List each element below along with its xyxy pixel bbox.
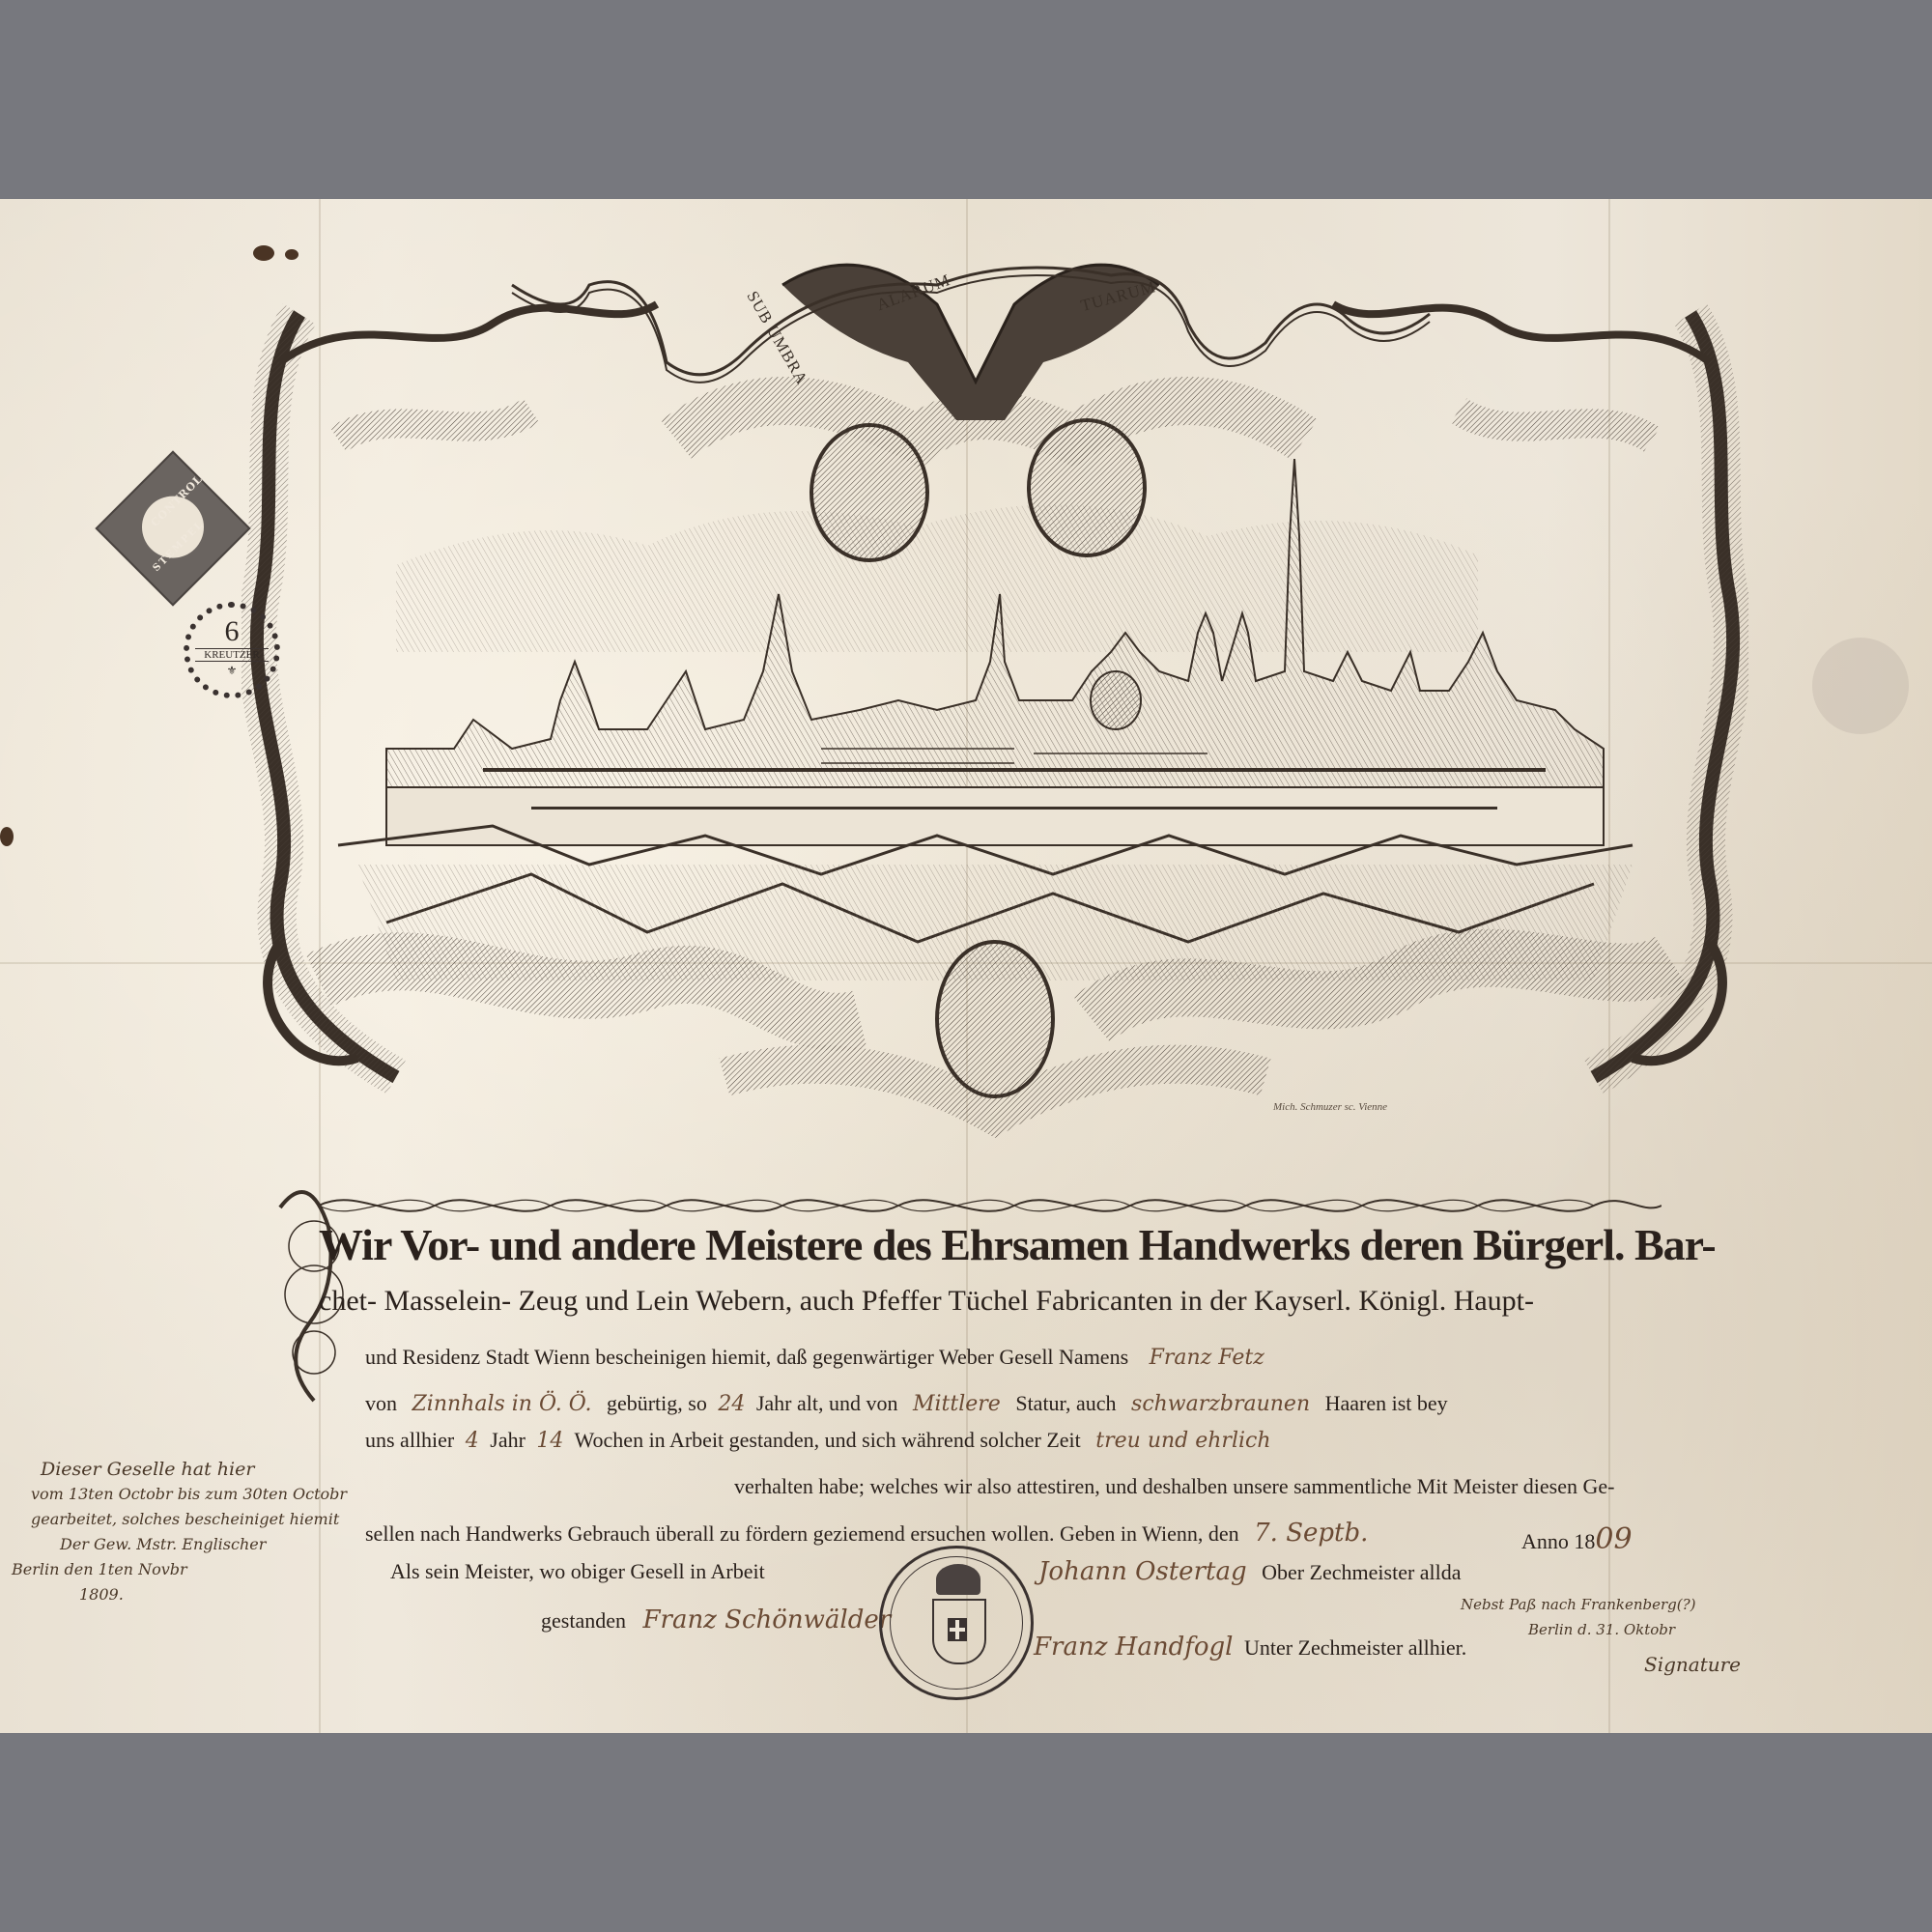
body-line-7: sellen nach Handwerks Gebrauch überall z… [365,1519,1368,1548]
tax-stamp-unit: KREUTZER [195,648,269,662]
hair-color: schwarzbraunen [1131,1392,1310,1416]
text-wochen: Wochen in Arbeit gestanden, und sich wäh… [575,1428,1081,1452]
left-note-line: 1809. [79,1582,347,1607]
kreutzer-tax-stamp: 6 KREUTZER ⚜ [184,602,280,698]
text-geburtig: gebürtig, so [607,1391,707,1415]
cross-icon [948,1618,967,1641]
text-von: von [365,1391,397,1415]
stature: Mittlere [913,1392,1001,1416]
tax-stamp-value: 6 [189,617,274,646]
rococo-frame-and-city-view [241,246,1748,1159]
faded-stamp [1812,638,1909,734]
right-note-line: Berlin d. 31. Oktobr [1528,1617,1741,1642]
journeyman-name: Franz Fetz [1150,1346,1264,1370]
age-years: 24 [718,1392,745,1416]
upper-master-line: Johann Ostertag Ober Zechmeister allda [1038,1557,1462,1586]
text-uns-allhier: uns allhier [365,1428,454,1452]
left-note-line: vom 13ten Octobr bis zum 30ten Octobr [31,1482,347,1507]
left-note-line: Dieser Geselle hat hier [41,1457,347,1482]
engraved-vignette: SUB UMBRA ALARUM TUARUM [241,246,1748,1159]
upper-master-signature: Johann Ostertag [1038,1557,1247,1586]
left-note-line: Berlin den 1ten Novbr [12,1557,347,1582]
text-gestanden: gestanden [541,1608,626,1633]
weeks-worked: 14 [536,1429,563,1453]
master-signature: Franz Schönwälder [642,1605,891,1634]
text-geben-in-wienn: sellen nach Handwerks Gebrauch überall z… [365,1521,1239,1546]
right-note-line: Nebst Paß nach Frankenberg(?) [1461,1592,1741,1617]
right-margin-note: Nebst Paß nach Frankenberg(?) Berlin d. … [1461,1592,1741,1677]
under-master-title: Unter Zechmeister allhier. [1244,1635,1466,1660]
crown-icon [936,1564,980,1595]
body-line-6: verhalten habe; welches wir also attesti… [734,1474,1614,1499]
left-margin-note: Dieser Geselle hat hier vom 13ten Octobr… [12,1457,347,1607]
ink-stain [0,827,14,846]
right-note-signature: Signature [1644,1652,1741,1677]
left-note-line: Der Gew. Mstr. Englischer [60,1532,347,1557]
issue-date: 7. Septb. [1254,1519,1368,1548]
text-haaren: Haaren ist bey [1325,1391,1448,1415]
master-label: Als sein Meister, wo obiger Gesell in Ar… [390,1559,765,1584]
master-label-2: gestanden Franz Schönwälder [541,1605,891,1634]
place-of-origin: Zinnhals in Ö. Ö. [412,1392,592,1416]
certificate-heading-line: Wir Vor- und andere Meistere des Ehrsame… [319,1219,1716,1270]
text-jahr-alt: Jahr alt, und von [756,1391,898,1415]
under-master-line: Franz Handfogl Unter Zechmeister allhier… [1034,1633,1466,1662]
guild-seal [879,1546,1034,1700]
text-jahr: Jahr [490,1428,526,1452]
anno-year: Anno 1809 [1521,1522,1633,1556]
years-worked: 4 [466,1429,479,1453]
body-line-3-printed: und Residenz Stadt Wienn bescheinigen hi… [365,1345,1128,1369]
body-line-4: von Zinnhals in Ö. Ö. gebürtig, so 24 Ja… [365,1391,1448,1416]
conduct: treu und ehrlich [1095,1429,1270,1453]
body-line-2: chet- Masselein- Zeug und Lein Webern, a… [319,1285,1534,1318]
left-note-line: gearbeitet, solches bescheiniget hiemit [31,1507,347,1532]
under-master-signature: Franz Handfogl [1034,1633,1233,1662]
engraver-signature: Mich. Schmuzer sc. Vienne [1273,1101,1387,1113]
text-statur: Statur, auch [1015,1391,1116,1415]
anno-label: Anno 18 [1521,1529,1595,1553]
upper-master-title: Ober Zechmeister allda [1262,1560,1461,1584]
body-line-3: und Residenz Stadt Wienn bescheinigen hi… [365,1345,1264,1370]
anno-year-handwritten: 09 [1595,1522,1632,1556]
body-line-5: uns allhier 4 Jahr 14 Wochen in Arbeit g… [365,1428,1271,1453]
